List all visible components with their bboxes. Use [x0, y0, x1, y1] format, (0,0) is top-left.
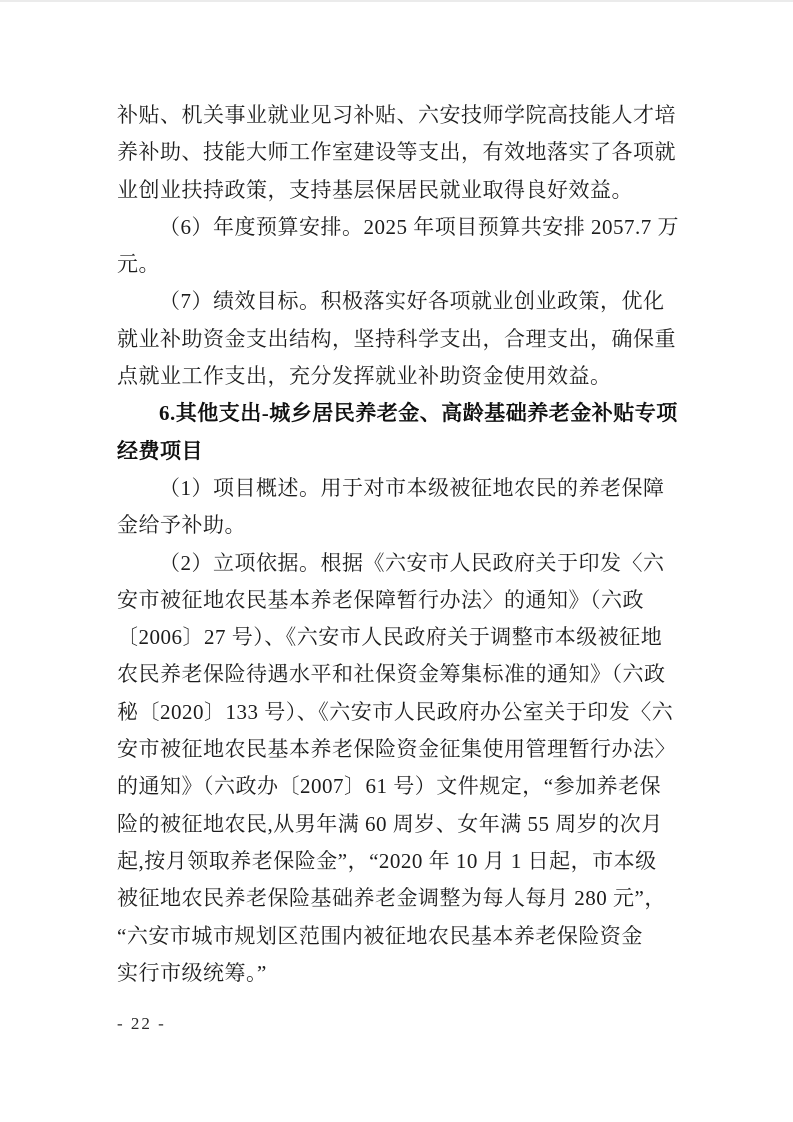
document-body: 补贴、机关事业就业见习补贴、六安技师学院高技能人才培养补助、技能大师工作室建设等…	[117, 97, 684, 992]
text-line: 业创业扶持政策，支持基层保居民就业取得良好效益。	[117, 172, 684, 209]
text-line: 〔2006〕27 号）、《六安市人民政府关于调整市本级被征地	[117, 619, 684, 656]
text-line: 补贴、机关事业就业见习补贴、六安技师学院高技能人才培	[117, 97, 684, 134]
text-line: 就业补助资金支出结构，坚持科学支出，合理支出，确保重	[117, 321, 684, 358]
text-line: 被征地农民养老保险基础养老金调整为每人每月 280 元”，	[117, 880, 684, 917]
text-line: 养补助、技能大师工作室建设等支出，有效地落实了各项就	[117, 134, 684, 171]
page-number: - 22 -	[117, 1012, 166, 1036]
page-top-edge	[0, 0, 793, 2]
text-line: （7）绩效目标。积极落实好各项就业创业政策，优化	[117, 283, 684, 320]
text-line: （6）年度预算安排。2025 年项目预算共安排 2057.7 万	[117, 209, 684, 246]
text-line: 实行市级统筹。”	[117, 955, 684, 992]
text-line: 安市被征地农民基本养老保障暂行办法〉的通知》（六政	[117, 582, 684, 619]
text-line: 险的被征地农民,从男年满 60 周岁、女年满 55 周岁的次月	[117, 806, 684, 843]
text-line: “六安市城市规划区范围内被征地农民基本养老保险资金	[117, 918, 684, 955]
text-line: 6.其他支出-城乡居民养老金、高龄基础养老金补贴专项	[117, 395, 684, 432]
text-line: 安市被征地农民基本养老保险资金征集使用管理暂行办法〉	[117, 731, 684, 768]
text-line: 起,按月领取养老保险金”，“2020 年 10 月 1 日起，市本级	[117, 843, 684, 880]
text-line: 经费项目	[117, 433, 684, 470]
text-line: 的通知》（六政办〔2007〕61 号）文件规定，“参加养老保	[117, 768, 684, 805]
text-line: （2）立项依据。根据《六安市人民政府关于印发〈六	[117, 545, 684, 582]
document-page: 补贴、机关事业就业见习补贴、六安技师学院高技能人才培养补助、技能大师工作室建设等…	[0, 0, 793, 1122]
text-line: 秘〔2020〕133 号）、《六安市人民政府办公室关于印发〈六	[117, 694, 684, 731]
text-line: 金给予补助。	[117, 507, 684, 544]
text-line: （1）项目概述。用于对市本级被征地农民的养老保障	[117, 470, 684, 507]
text-line: 元。	[117, 246, 684, 283]
text-line: 点就业工作支出，充分发挥就业补助资金使用效益。	[117, 358, 684, 395]
text-line: 农民养老保险待遇水平和社保资金筹集标准的通知》（六政	[117, 656, 684, 693]
